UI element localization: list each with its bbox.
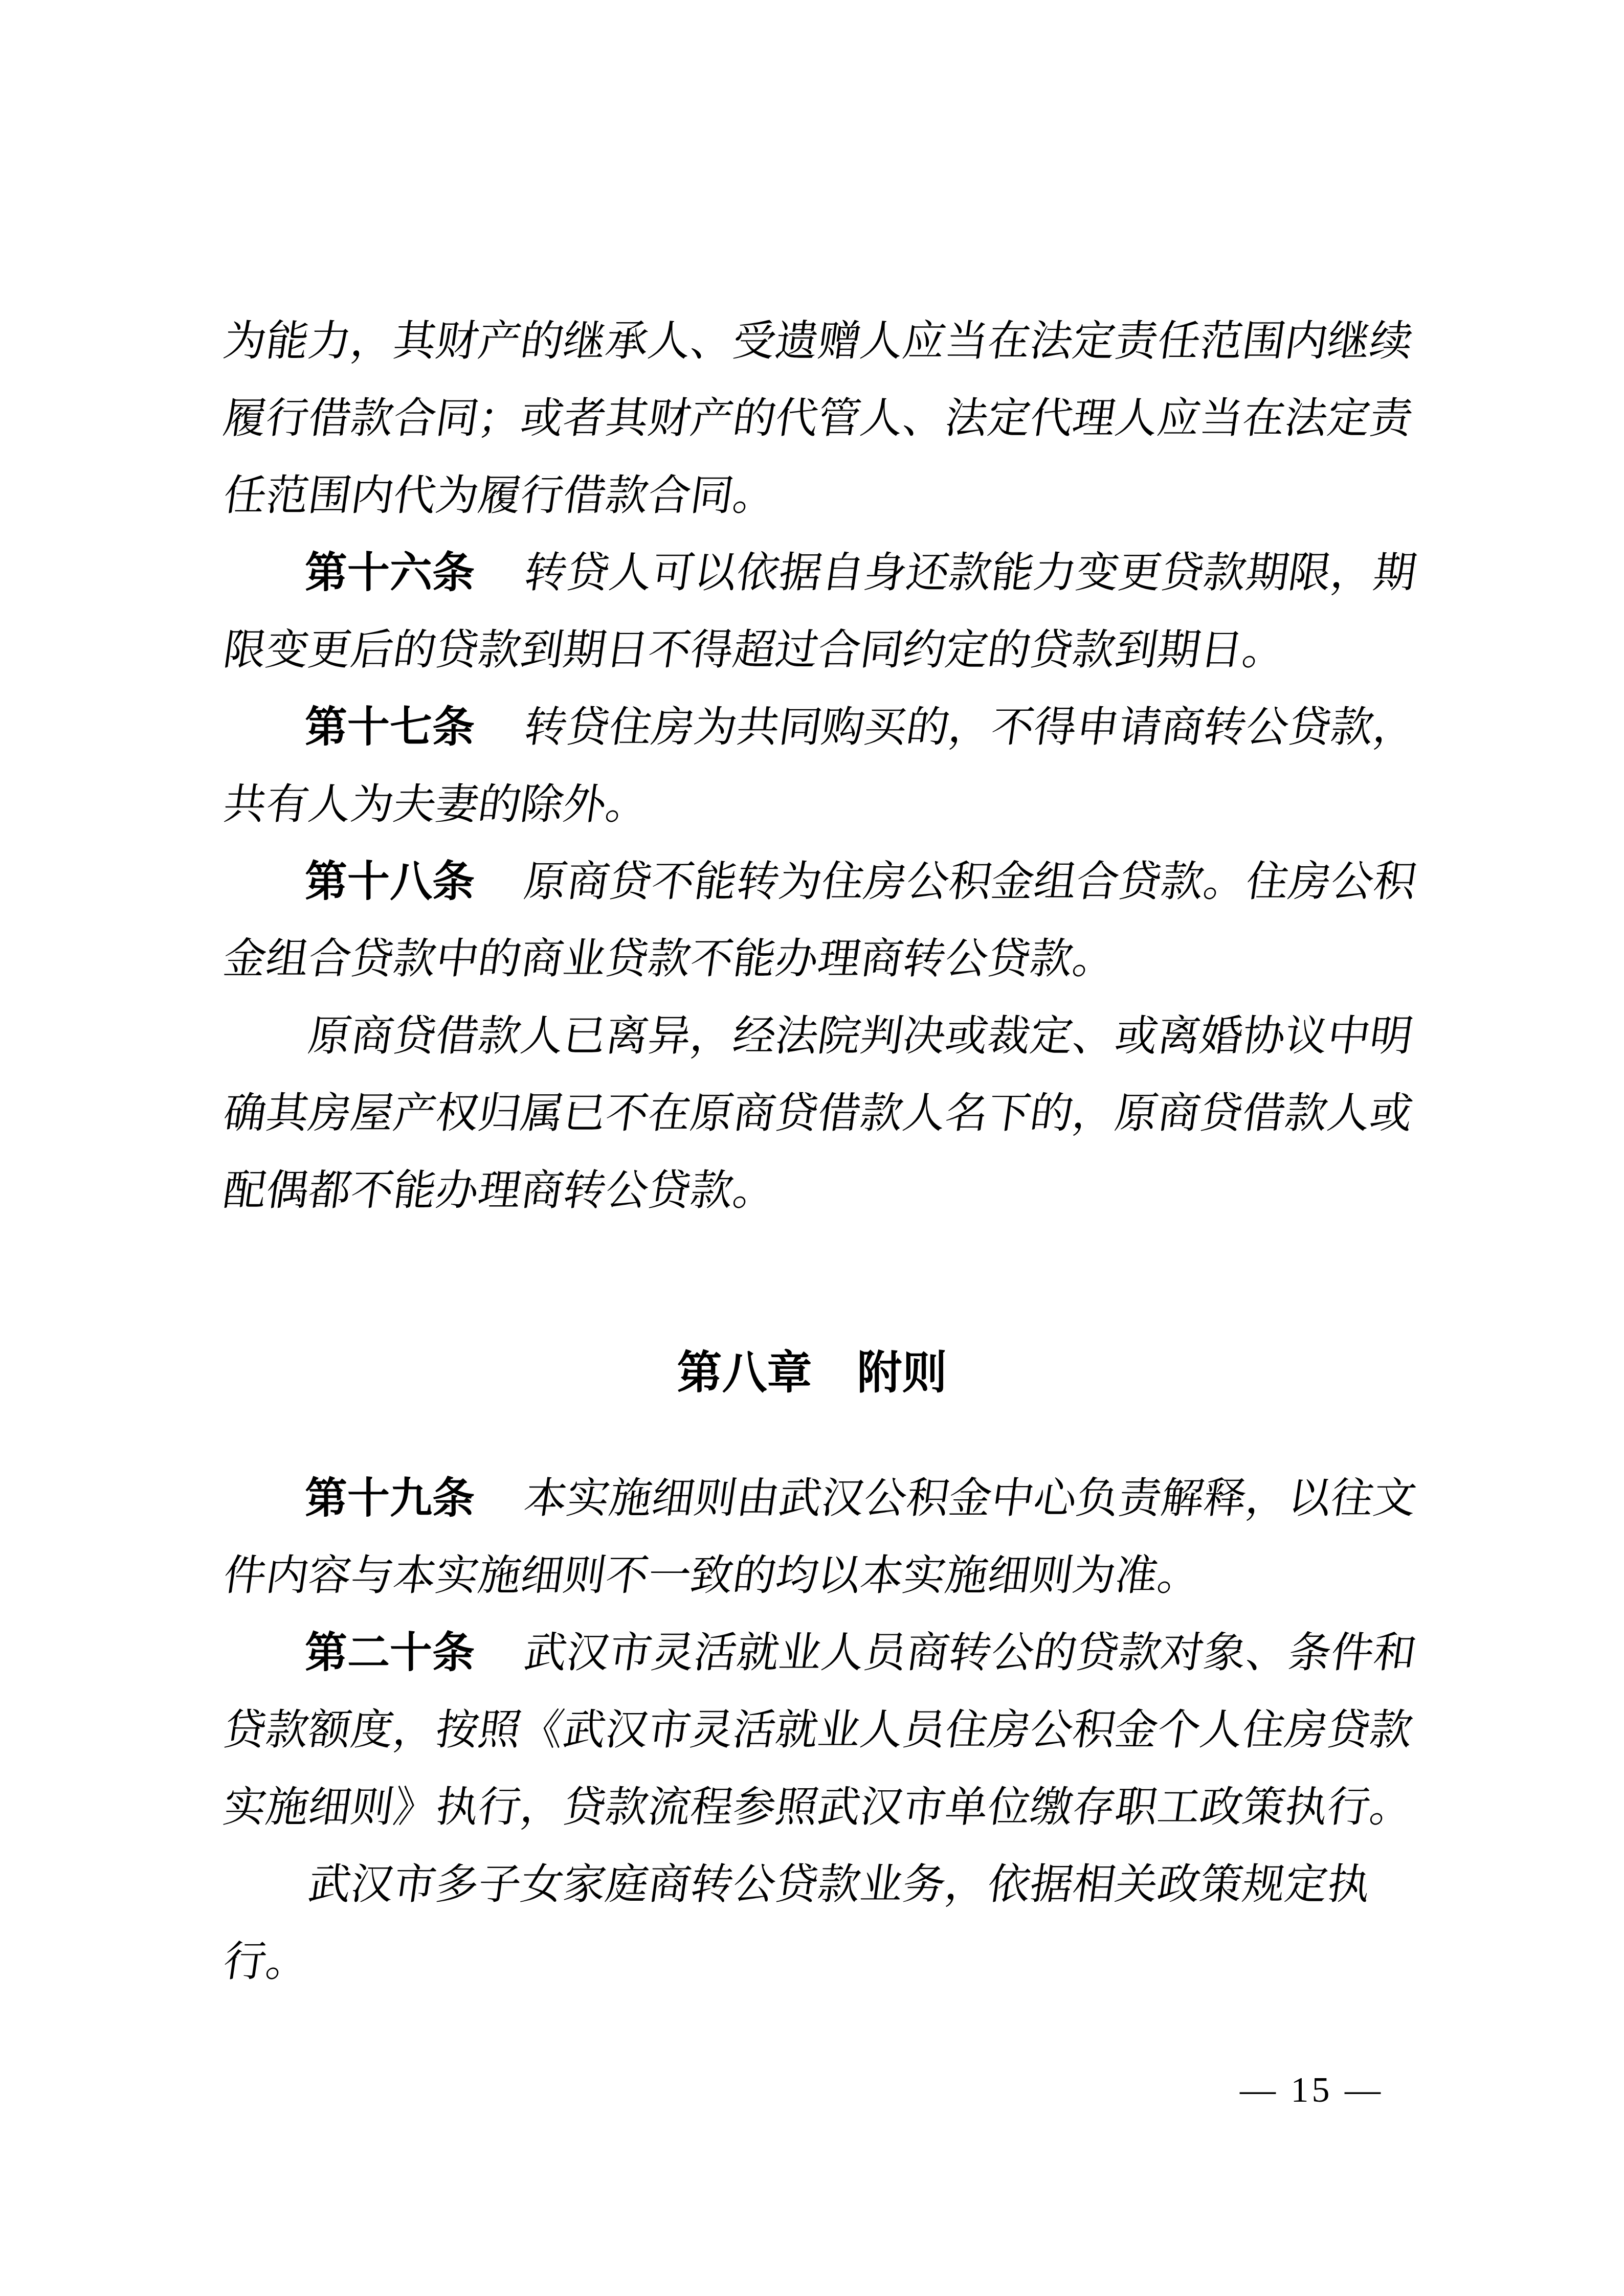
line-text: 确其房屋产权归属已不在原商贷借款人名下的，原商贷借款人或	[220, 1085, 1416, 1141]
line-text: 转贷住房为共同购买的，不得申请商转公贷款，	[521, 699, 1420, 755]
text-line: 金组合贷款中的商业贷款不能办理商转公贷款。	[220, 931, 1111, 992]
line-text: 限变更后的贷款到期日不得超过合同约定的贷款到期日。	[220, 622, 1289, 678]
line-text: 行。	[220, 1933, 313, 1990]
line-text: 金组合贷款中的商业贷款不能办理商转公贷款。	[220, 931, 1119, 987]
line-text: 武汉市灵活就业人员商转公的贷款对象、条件和	[521, 1625, 1420, 1681]
line-text: 原商贷不能转为住房公积金组合贷款。住房公积	[521, 853, 1420, 910]
chapter-heading: 第八章 附则	[0, 1344, 1624, 1401]
line-text: 任范围内代为履行借款合同。	[220, 467, 780, 524]
text-line: 共有人为夫妻的除外。	[220, 776, 644, 838]
article-number-label: 第十六条	[305, 545, 475, 601]
text-line: 实施细则》执行，贷款流程参照武汉市单位缴存职工政策执行。	[220, 1779, 1409, 1840]
text-line: 履行借款合同；或者其财产的代管人、法定代理人应当在法定责	[220, 390, 1409, 452]
line-text: 转贷人可以依据自身还款能力变更贷款期限，期	[521, 545, 1420, 601]
text-line: 配偶都不能办理商转公贷款。	[220, 1162, 772, 1224]
article-line: 第十九条本实施细则由武汉公积金中心负责解释，以往文	[220, 1470, 1412, 1532]
page-number: — 15 —	[1240, 2070, 1384, 2111]
text-line: 任范围内代为履行借款合同。	[220, 467, 772, 529]
text-line: 件内容与本实施细则不一致的均以本实施细则为准。	[220, 1547, 1196, 1609]
article-number-label: 第十八条	[305, 853, 475, 910]
line-text: 履行借款合同；或者其财产的代管人、法定代理人应当在法定责	[220, 390, 1416, 446]
article-number-label: 第十九条	[305, 1470, 475, 1526]
article-line: 第十六条转贷人可以依据自身还款能力变更贷款期限，期	[220, 545, 1412, 606]
line-text: 实施细则》执行，贷款流程参照武汉市单位缴存职工政策执行。	[220, 1779, 1416, 1835]
line-text: 共有人为夫妻的除外。	[220, 776, 652, 832]
line-text: 件内容与本实施细则不一致的均以本实施细则为准。	[220, 1547, 1204, 1604]
document-page: 为能力，其财产的继承人、受遗赠人应当在法定责任范围内继续履行借款合同；或者其财产…	[0, 0, 1624, 2296]
line-text: 为能力，其财产的继承人、受遗赠人应当在法定责任范围内继续	[220, 313, 1416, 369]
text-line: 为能力，其财产的继承人、受遗赠人应当在法定责任范围内继续	[220, 313, 1409, 374]
text-line: 武汉市多子女家庭商转公贷款业务，依据相关政策规定执	[220, 1856, 1366, 1918]
line-text: 本实施细则由武汉公积金中心负责解释，以往文	[521, 1470, 1420, 1526]
article-number-label: 第十七条	[305, 699, 475, 755]
text-line: 原商贷借款人已离异，经法院判决或裁定、或离婚协议中明	[220, 1008, 1409, 1069]
line-text: 配偶都不能办理商转公贷款。	[220, 1162, 780, 1219]
line-text: 武汉市多子女家庭商转公贷款业务，依据相关政策规定执	[305, 1856, 1374, 1912]
text-line: 贷款额度，按照《武汉市灵活就业人员住房公积金个人住房贷款	[220, 1702, 1409, 1763]
text-line: 限变更后的贷款到期日不得超过合同约定的贷款到期日。	[220, 622, 1281, 683]
line-text: 原商贷借款人已离异，经法院判决或裁定、或离婚协议中明	[305, 1008, 1416, 1064]
article-number-label: 第二十条	[305, 1625, 475, 1681]
article-line: 第十七条转贷住房为共同购买的，不得申请商转公贷款，	[220, 699, 1412, 760]
article-line: 第十八条原商贷不能转为住房公积金组合贷款。住房公积	[220, 853, 1412, 915]
article-line: 第二十条武汉市灵活就业人员商转公的贷款对象、条件和	[220, 1625, 1412, 1686]
line-text: 贷款额度，按照《武汉市灵活就业人员住房公积金个人住房贷款	[220, 1702, 1416, 1758]
text-line: 确其房屋产权归属已不在原商贷借款人名下的，原商贷借款人或	[220, 1085, 1409, 1146]
text-line: 行。	[220, 1933, 305, 1995]
